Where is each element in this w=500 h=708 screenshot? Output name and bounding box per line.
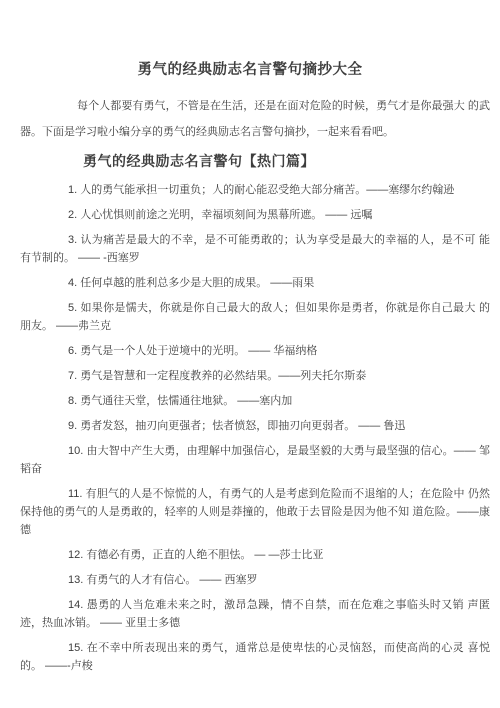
quote-list: 1. 人的勇气能承担一切重负；人的耐心能忍受绝大部分痛苦。——塞缪尔约翰逊 2.…: [20, 181, 490, 675]
quote-item-10: 10. 由大智中产生大勇，由理解中加强信心，是最坚毅的大勇与最坚强的信心。—— …: [20, 442, 490, 478]
quote-item-4: 4. 任何卓越的胜利总多少是大胆的成果。 ——雨果: [20, 274, 490, 292]
document-title: 勇气的经典励志名言警句摘抄大全: [10, 58, 490, 79]
intro-paragraph: 每个人都要有勇气，不管是在生活，还是在面对危险的时候，勇气才是你最强大 的武器。…: [20, 93, 490, 145]
quote-item-2: 2. 人心忧惧则前途之光明，幸福顷刻间为黑幕所遮。 —— 远嘱: [20, 206, 490, 224]
quote-item-6: 6. 勇气是一个人处于逆境中的光明。 —— 华福纳格: [20, 342, 490, 360]
section-heading: 勇气的经典励志名言警句【热门篇】: [83, 151, 490, 171]
quote-item-9: 9. 勇者发怒，抽刃向更强者；怯者愤怒，即抽刃向更弱者。 —— 鲁迅: [20, 417, 490, 435]
quote-item-11: 11. 有胆气的人是不惊慌的人，有勇气的人是考虑到危险而不退缩的人；在危险中 仍…: [20, 485, 490, 539]
quote-item-1: 1. 人的勇气能承担一切重负；人的耐心能忍受绝大部分痛苦。——塞缪尔约翰逊: [20, 181, 490, 199]
quote-item-15: 15. 在不幸中所表现出来的勇气，通常总是使卑怯的心灵恼怒，而使高尚的心灵 喜悦…: [20, 639, 490, 675]
quote-item-7: 7. 勇气是智慧和一定程度教养的必然结果。——列夫托尔斯泰: [20, 367, 490, 385]
quote-item-8: 8. 勇气通往天堂，怯懦通往地狱。 ——塞内加: [20, 392, 490, 410]
document-page: 勇气的经典励志名言警句摘抄大全 每个人都要有勇气，不管是在生活，还是在面对危险的…: [0, 0, 500, 708]
quote-item-3: 3. 认为痛苦是最大的不幸，是不可能勇敢的；认为享受是最大的幸福的人，是不可 能…: [20, 231, 490, 267]
quote-item-13: 13. 有勇气的人才有信心。 —— 西塞罗: [20, 571, 490, 589]
quote-item-5: 5. 如果你是懦夫，你就是你自己最大的敌人；但如果你是勇者，你就是你自己最大 的…: [20, 299, 490, 335]
quote-item-12: 12. 有德必有勇，正直的人绝不胆怯。 — —莎士比亚: [20, 546, 490, 564]
quote-item-14: 14. 愚勇的人当危难未来之时，激昂急躁，情不自禁，而在危难之事临头时又销 声匿…: [20, 596, 490, 632]
